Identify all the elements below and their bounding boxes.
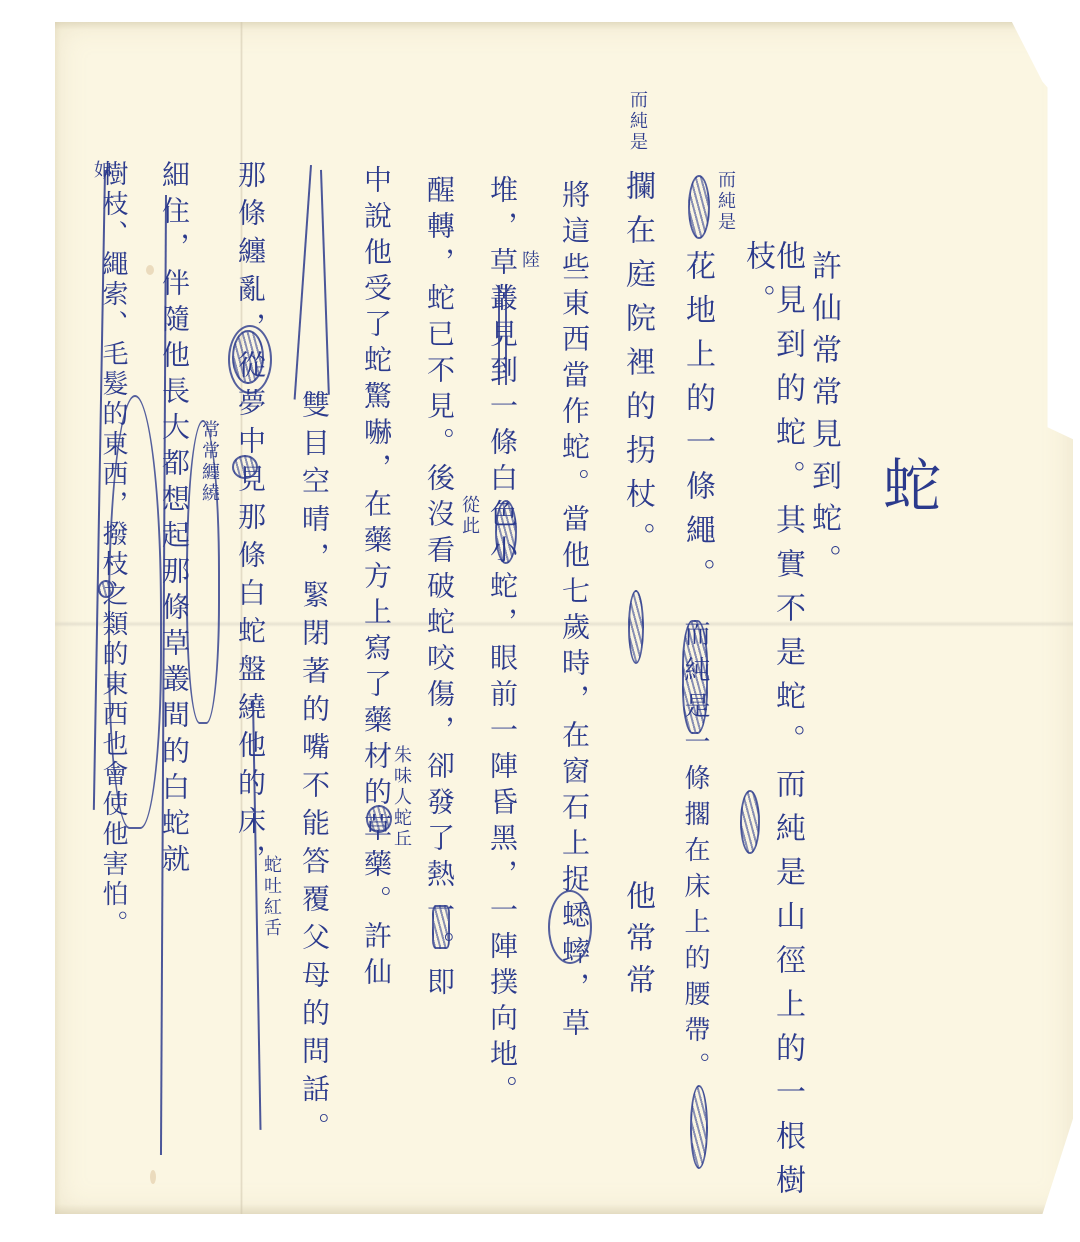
margin-note-col-6: 陸 <box>520 250 538 271</box>
text-column-1: 許仙常常見到蛇。 <box>808 250 838 586</box>
text-column-4: 攔在庭院裡的拐杖。 <box>622 170 652 566</box>
text-column-4-lower: 他常常 <box>622 880 652 1006</box>
margin-note-col-4: 而純是 <box>628 90 646 153</box>
scribbled-out-word <box>688 175 710 239</box>
text-column-7: 醒轉，蛇已不見。後沒看破蛇咬傷，卻發了熱一。即 <box>425 175 453 1003</box>
manuscript-title: 蛇 <box>865 455 949 513</box>
margin-note-col-12: 如 <box>92 160 110 181</box>
strike-line <box>505 285 507 385</box>
scribbled-out-word <box>432 905 450 949</box>
insertion-loop <box>108 395 162 829</box>
scribbled-out-word <box>366 805 392 833</box>
insertion-loop <box>228 325 272 394</box>
margin-note-col-8: 朱味人蛇丘 <box>392 745 410 850</box>
scribbled-out-word <box>232 455 258 479</box>
text-column-9: 雙目空晴，緊閉著的嘴不能答覆父母的問話。 <box>300 390 328 1150</box>
scribbled-out-word <box>740 790 760 854</box>
text-column-8: 中說他受了蛇驚嚇，在藥方上寫了藥材的草藥。許仙 <box>362 165 390 993</box>
scribbled-out-word <box>495 500 517 564</box>
margin-note-col-10: 蛇吐紅舌 <box>262 855 280 939</box>
margin-note-col-3: 而純是 <box>716 170 734 233</box>
insertion-loop <box>186 420 220 724</box>
margin-note-col-7: 從此 <box>460 495 478 537</box>
text-column-2: 他見到的蛇。其實不是蛇。而純是山徑上的一根樹枝。 <box>742 240 802 1242</box>
scribbled-out-word <box>690 1085 708 1169</box>
text-column-10: 那條纏亂，從夢中見那條白蛇盤繞他的床， <box>236 160 264 882</box>
strike-line <box>498 285 500 385</box>
text-column-6: 堆，草叢見到一條白色小蛇，眼前一陣昏黑，一陣撲向地。 <box>488 175 516 1111</box>
scribbled-out-word <box>628 590 644 664</box>
scribbled-out-word <box>682 620 708 734</box>
text-column-3: 花地上的一條繩。 <box>682 250 712 602</box>
paper-stain <box>150 1170 156 1184</box>
paper-stain <box>146 265 154 275</box>
circled-word <box>548 890 592 964</box>
